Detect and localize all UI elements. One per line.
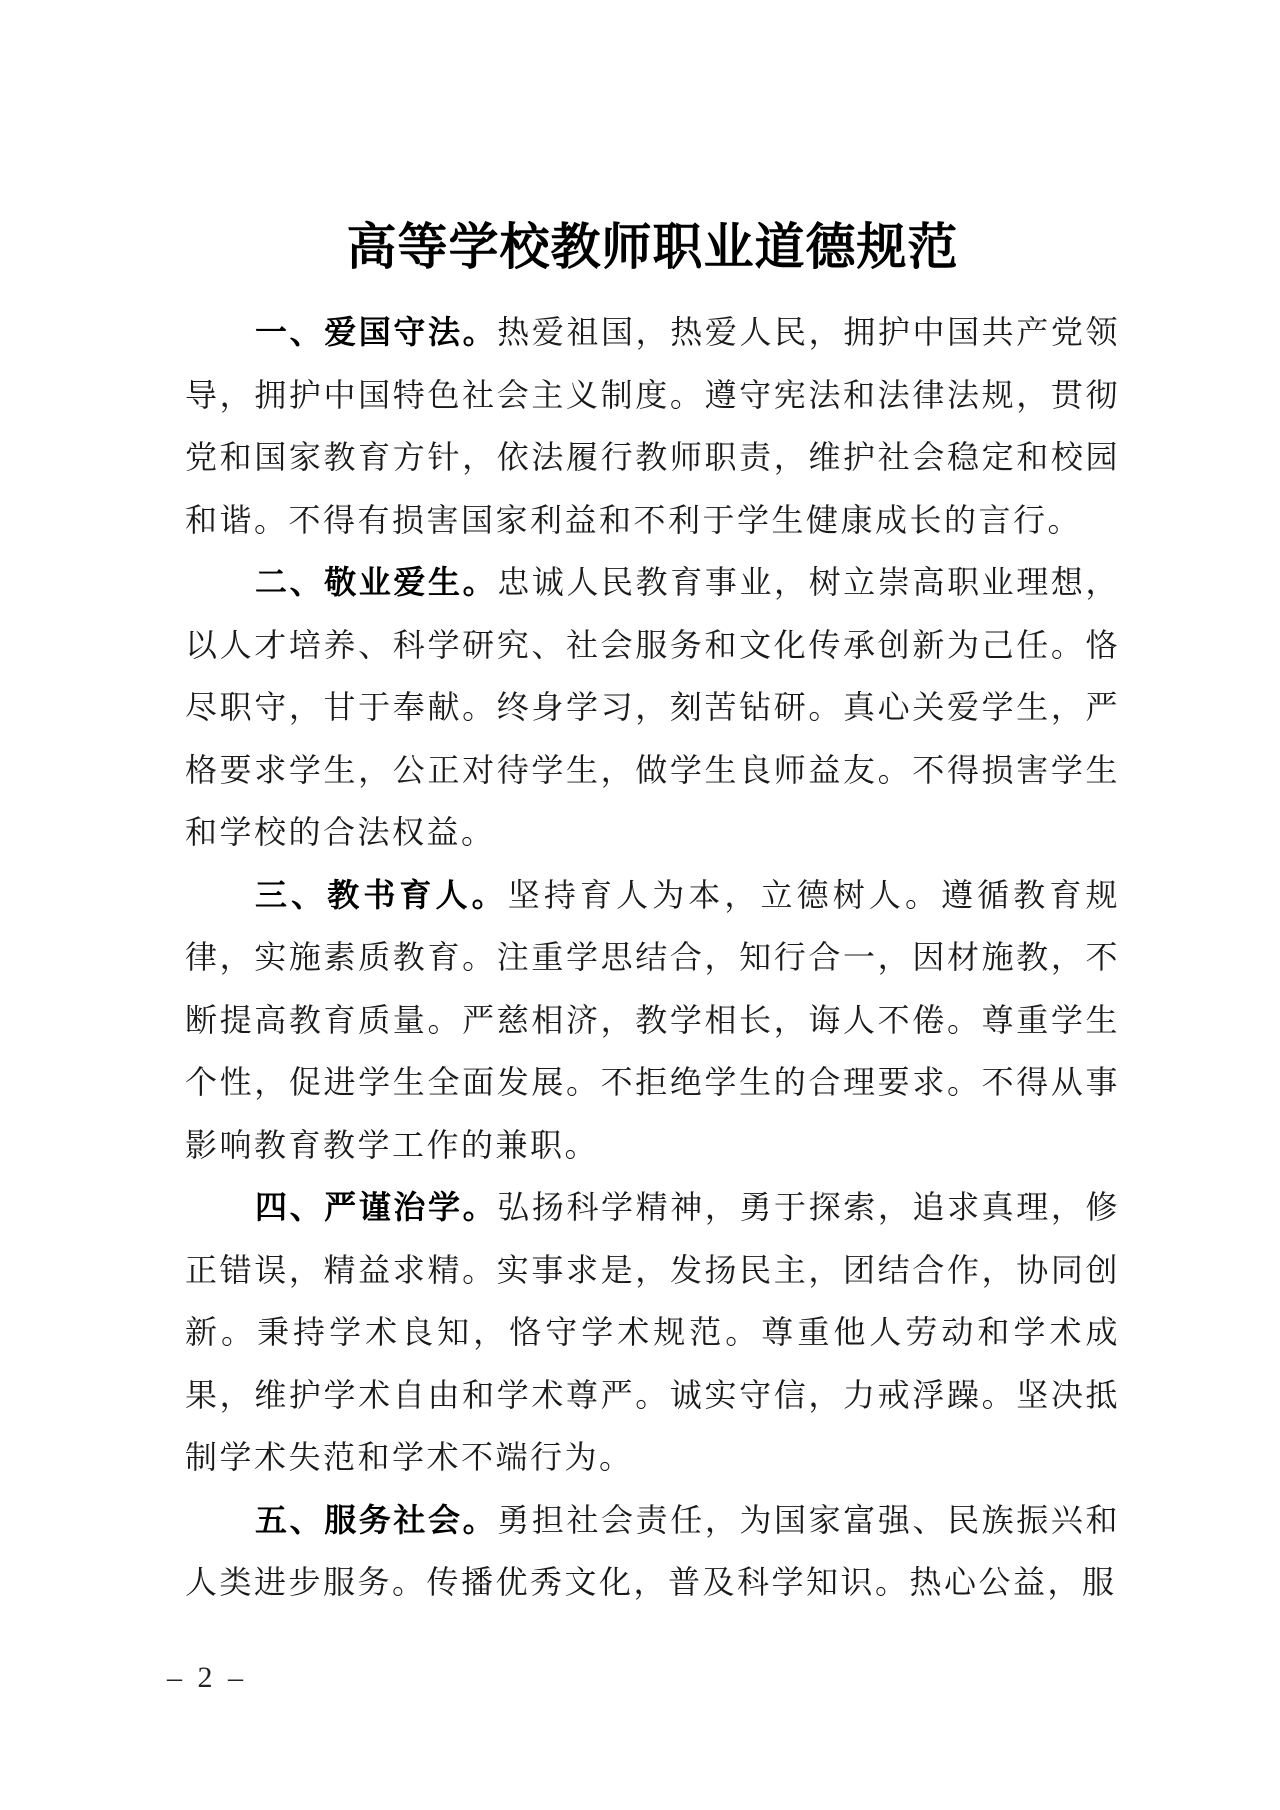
paragraph-fuwushehui: 五、服务社会。勇担社会责任，为国家富强、民族振兴和人类进步服务。传播优秀文化，普… <box>185 1489 1120 1614</box>
paragraph-2-text: 忠诚人民教育事业，树立崇高职业理想，以人才培养、科学研究、社会服务和文化传承创新… <box>185 564 1120 850</box>
paragraph-jingyeaisheng: 二、敬业爱生。忠诚人民教育事业，树立崇高职业理想，以人才培养、科学研究、社会服务… <box>185 551 1120 864</box>
paragraph-5-heading: 五、服务社会。 <box>255 1502 497 1538</box>
paragraph-3-heading: 三、教书育人。 <box>255 877 508 913</box>
paragraph-4-heading: 四、严谨治学。 <box>255 1189 497 1225</box>
paragraph-2-heading: 二、敬业爱生。 <box>255 564 497 600</box>
paragraph-3-text: 坚持育人为本，立德树人。遵循教育规律，实施素质教育。注重学思结合，知行合一，因材… <box>185 877 1120 1163</box>
page-number: – 2 – <box>167 1661 247 1695</box>
paragraph-1-heading: 一、爱国守法。 <box>255 314 497 350</box>
paragraph-jiaoshuyuren: 三、教书育人。坚持育人为本，立德树人。遵循教育规律，实施素质教育。注重学思结合，… <box>185 864 1120 1177</box>
paragraph-yanjinzhixue: 四、严谨治学。弘扬科学精神，勇于探索，追求真理，修正错误，精益求精。实事求是，发… <box>185 1176 1120 1489</box>
document-title: 高等学校教师职业道德规范 <box>185 216 1120 278</box>
document-body: 一、爱国守法。热爱祖国，热爱人民，拥护中国共产党领导，拥护中国特色社会主义制度。… <box>185 301 1120 1614</box>
document-page: 高等学校教师职业道德规范 一、爱国守法。热爱祖国，热爱人民，拥护中国共产党领导，… <box>0 0 1280 1810</box>
paragraph-4-text: 弘扬科学精神，勇于探索，追求真理，修正错误，精益求精。实事求是，发扬民主，团结合… <box>185 1189 1120 1475</box>
paragraph-aiguoshoufa: 一、爱国守法。热爱祖国，热爱人民，拥护中国共产党领导，拥护中国特色社会主义制度。… <box>185 301 1120 551</box>
